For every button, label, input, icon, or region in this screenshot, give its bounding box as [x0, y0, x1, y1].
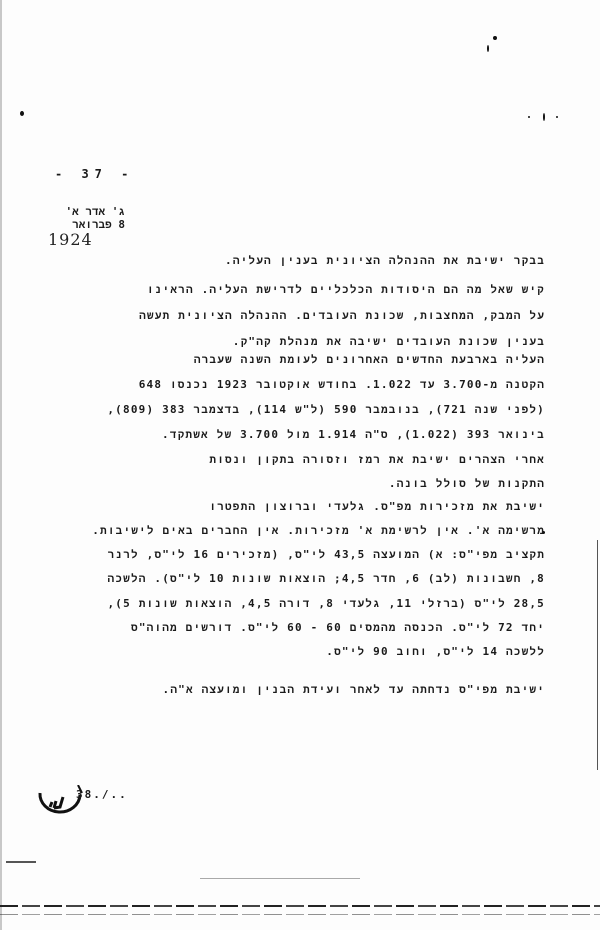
handwritten-year: 1924	[48, 230, 93, 249]
scan-speck	[20, 111, 24, 116]
text-line: בבקר ישיבת את ההנהלה הציונית בענין העליה…	[225, 254, 545, 268]
page-number: - 37 -	[55, 167, 134, 181]
text-line: (לפני שנה 721), בנובמבר 590 (ל"ש 114), ב…	[107, 403, 545, 417]
continuation-marker: 38./..	[76, 788, 128, 801]
text-line: קיש שאל מה הם היסודות הכלכליים לדרישת הע…	[147, 283, 545, 297]
scan-bottom-line	[0, 905, 600, 907]
scan-speck	[487, 45, 489, 52]
text-line: אחרי הצהרים ישיבת את רמז וזסורה בתקון ונ…	[209, 453, 545, 467]
text-line: בענין שכונת העובדים ישיבה את מנהלת קה"ק.	[233, 335, 545, 349]
text-line: הקטנה מ-3.700 עד 1.022. בחודש אוקטובר 19…	[139, 378, 545, 392]
scan-speck	[556, 116, 558, 118]
text-line: מרשימה א'. אין לרשימת א' מזכירות. אין הח…	[92, 524, 545, 538]
text-line: 28,5 לי"ס (ברזלי 11, גלעדי 8, דורה 4,5, …	[107, 597, 545, 611]
scan-speck	[493, 36, 497, 40]
text-line: בינואר 393 (1.022), ס"ה 1.914 מול 3.700 …	[162, 428, 545, 442]
scan-bottom-line	[0, 914, 600, 915]
date-hebrew: ג' אדר א'	[55, 205, 125, 218]
text-line: ישיבת מפי"ס נדחתה עד לאחר ועידת הבנין ומ…	[163, 683, 546, 697]
text-line: יחד 72 לי"ס. הכנסה מהמסים 60 - 60 לי"ס. …	[131, 621, 545, 635]
text-line: ללשכה 14 לי"ס, וחוב 90 לי"ס.	[326, 645, 545, 659]
text-line: התקנות של סולל בונה.	[389, 477, 545, 491]
date-block: ג' אדר א' 8 פברואר	[55, 205, 125, 231]
text-line: העליה בארבעת החדשים האחרונים לעומת השנה …	[194, 353, 545, 367]
text-line: על המבק, המחצבות, שכונת העובדים. ההנהלה …	[139, 309, 545, 323]
text-line: ישיבת את מזכירות מפ"ס. גלעדי וברוצון התפ…	[209, 500, 545, 514]
scan-smudge	[200, 878, 360, 879]
scan-speck	[528, 116, 530, 118]
text-line: תקציב מפי"ס: א) המועצה 43,5 לי"ס, (מזכיר…	[108, 548, 545, 562]
scan-speck	[543, 113, 545, 121]
scan-smudge	[6, 861, 36, 863]
scan-left-edge	[0, 0, 2, 930]
text-line: 8, חשבונות (לב) 6, חדר 4,5; הוצאות שונות…	[108, 572, 545, 586]
scan-right-border	[597, 540, 598, 770]
